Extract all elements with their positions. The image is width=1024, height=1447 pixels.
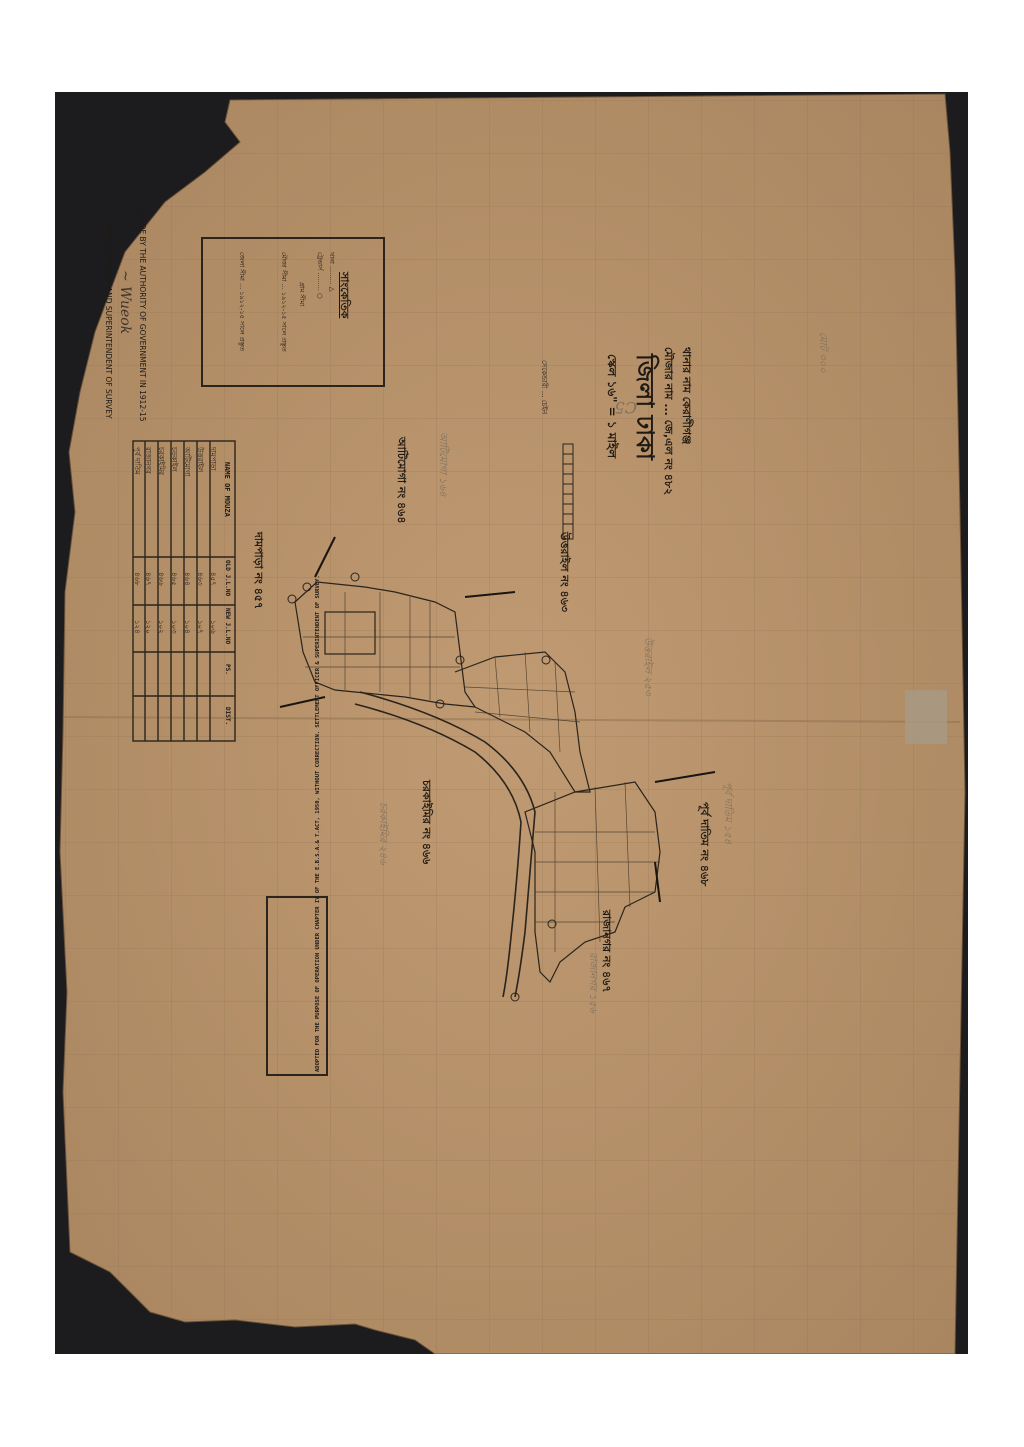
- mouza-name-cell: চড়কাইল: [168, 447, 180, 472]
- legend-row: গ্রাম সীমা: [296, 282, 307, 306]
- old-jl-cell: ৪৬৮: [131, 572, 143, 586]
- new-jl-cell: ১২০: [142, 620, 154, 634]
- mouza-name-cell: রাজানগর: [142, 447, 154, 474]
- pencil-note: মোট ৩০০: [813, 332, 830, 373]
- mouza-name-cell: পূর্ব দাতিম: [131, 447, 143, 475]
- stamp-line: ADOPTED FOR THE PURPOSE OF OPERATION: [315, 953, 321, 1072]
- mouza-name-cell: দামপাড়া: [207, 447, 219, 470]
- authority-note: MADE BY THE AUTHORITY OF GOVERNMENT IN 1…: [138, 212, 147, 421]
- new-jl-cell: ১২৪: [131, 620, 143, 634]
- map-sheet: [55, 92, 968, 1354]
- old-jl-cell: ৪৬৬: [155, 572, 167, 586]
- stamp-line: 1950, WITHOUT CORRECTION.: [315, 731, 321, 814]
- adjoining-mouza-label: দামপাড়া নং ৪৫৭: [248, 532, 267, 609]
- old-jl-cell: ৪৬৭: [142, 572, 154, 586]
- mouza-name-cell: আটিমোগা: [181, 447, 193, 476]
- legend-row: জেলা সীমা ... ১৯১২-১৫ সালে প্রস্তুত: [236, 252, 247, 351]
- pencil-note: রাজানগর ১৫৬: [583, 952, 600, 1013]
- adjoining-mouza-label: চরকাইমির নং ৪৬৬: [416, 780, 435, 864]
- mouza-name-cell: উত্তরাইল: [194, 447, 206, 472]
- thana-name: থানার নাম কেরাণীগঞ্জ: [676, 347, 695, 444]
- table-header-old-jl: OLD J.L.NO: [224, 560, 231, 596]
- table-header-new-jl: NEW J.L.NO: [224, 608, 231, 644]
- sheet-mark: C5: [615, 398, 637, 417]
- new-jl-cell: ১০৬: [207, 620, 219, 634]
- old-jl-cell: ৪৬৩: [194, 572, 206, 586]
- table-header-name: NAME OF MOUZA: [223, 462, 231, 517]
- table-header-ps: PS.: [224, 664, 231, 675]
- legend-row: থানা ......... △: [326, 252, 337, 292]
- legend-row: মৌজা সীমা ... ১৯১২-১৫ সালে প্রস্তুত: [278, 252, 289, 352]
- pencil-note: চরকাইমির ২৪৬: [373, 802, 390, 865]
- mouza-name-cell: চরকাইমির: [155, 447, 167, 475]
- pencil-note: উত্তরাইল ২৫৩: [638, 637, 655, 696]
- new-jl-cell: ১০৪: [181, 620, 193, 634]
- pencil-note: আটিমোগা ১৬৪: [433, 432, 450, 497]
- new-jl-cell: ১০৩: [168, 620, 180, 634]
- scale-note: সেকেন্ডারী ... চেইন: [538, 360, 550, 414]
- adjoining-mouza-label: উত্তরাইল নং ৪৬৩: [554, 532, 573, 612]
- adjoining-mouza-label: পূর্ব দাতিম নং ৪৬৮: [694, 802, 713, 886]
- new-jl-cell: ১০৭: [194, 620, 206, 634]
- adoption-stamp: ADOPTED FOR THE PURPOSE OF OPERATION UND…: [313, 575, 323, 1072]
- new-jl-cell: ১০২: [155, 620, 167, 634]
- stamp-line: UNDER CHAPTER IV OF THE E.B.S.A.& T.ACT,: [315, 817, 321, 949]
- scanned-map-image: থানার নাম কেরাণীগঞ্জ মৌজার নাম ... জে,এল…: [55, 92, 968, 1354]
- officer-note: ...EMENT OFFICER AND SUPERINTENDENT OF S…: [104, 217, 113, 419]
- old-jl-cell: ৪৬৫: [168, 572, 180, 586]
- stamp-line: SURVEY.: [315, 575, 321, 598]
- stamp-line: SETTLEMENT OFFICER & SUPERINTENDENT OF: [315, 602, 321, 728]
- adjoining-mouza-label: আটিমোগা নং ৪৬৪: [391, 437, 410, 523]
- pencil-note: পূর্ব দাতিম ১৫৪: [718, 782, 735, 844]
- table-header-dist: DIST.: [224, 707, 231, 725]
- old-jl-cell: ৪৫৭: [207, 572, 219, 586]
- legend-row: ট্রেভার্স ......... ○: [314, 252, 325, 299]
- old-jl-cell: ৪৬৪: [181, 572, 193, 586]
- signature: ~ Wueok: [117, 270, 133, 334]
